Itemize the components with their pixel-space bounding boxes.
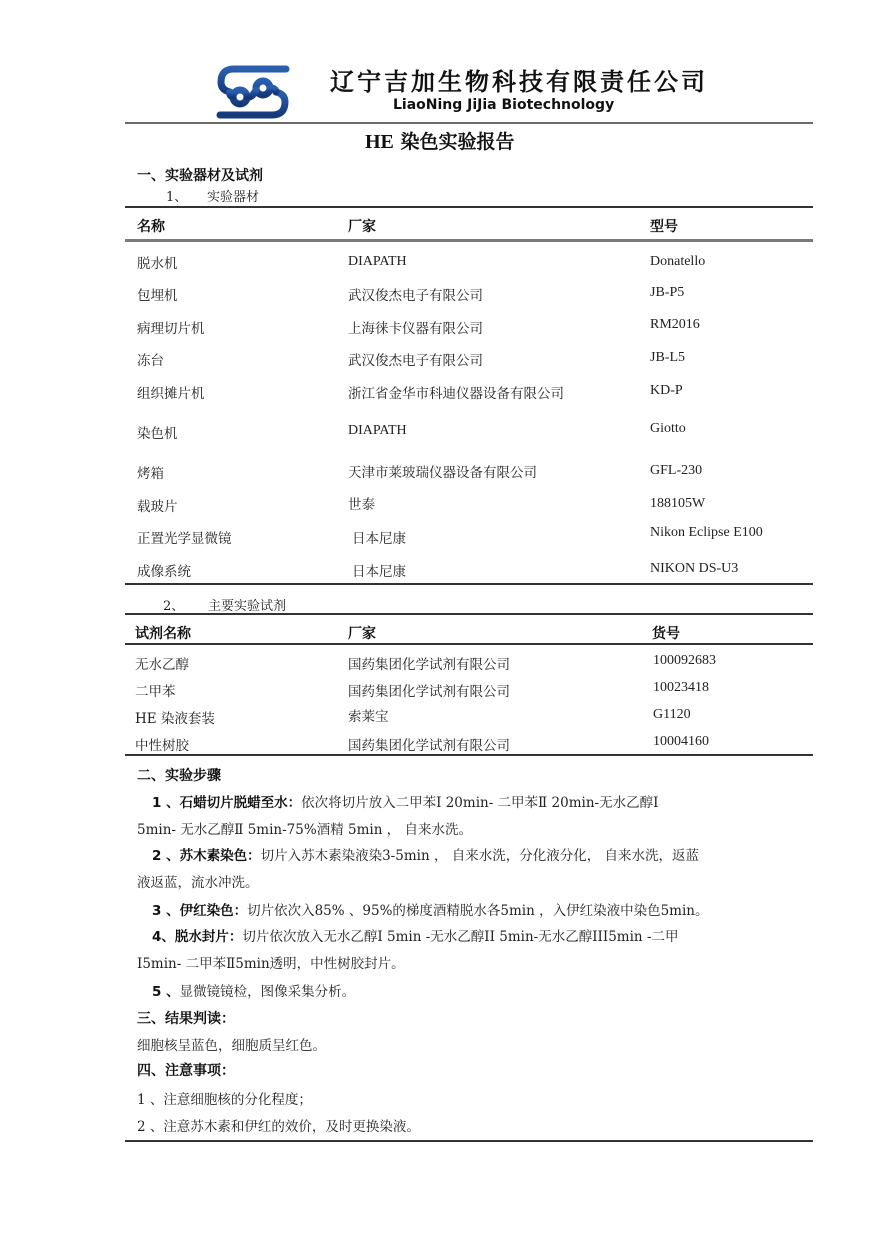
reagent-maker: 国药集团化学试剂有限公司	[348, 653, 510, 673]
table-top-rule	[125, 613, 813, 615]
reagent-name: HE 染液套装	[135, 707, 215, 727]
equipment-model: 188105W	[650, 496, 705, 512]
column-header-maker: 厂家	[348, 216, 376, 236]
step-text: 切片依次放入无水乙醇I 5min -无水乙醇II 5min-无水乙醇III5mi…	[242, 929, 678, 945]
step-text: 切片入苏木素染液染3-5min ， 自来水洗，分化液分化， 自来水洗，返蓝	[261, 848, 699, 864]
table-top-rule	[125, 206, 813, 208]
note-item: 1 、注意细胞核的分化程度；	[137, 1088, 312, 1108]
equipment-maker: 武汉俊杰电子有限公司	[348, 284, 483, 304]
column-header-maker: 厂家	[348, 623, 376, 643]
equipment-model: RM2016	[650, 317, 700, 333]
equipment-maker: DIAPATH	[348, 254, 407, 270]
equipment-model: Donatello	[650, 254, 705, 270]
equipment-model: JB-L5	[650, 350, 685, 366]
title-cn: 染色实验报告	[401, 131, 515, 153]
equipment-name: 脱水机	[137, 252, 178, 272]
reagent-code: 100092683	[653, 653, 716, 669]
footer-rule	[125, 1140, 813, 1142]
column-header-name: 名称	[137, 216, 165, 236]
page-title: HE 染色实验报告	[365, 127, 515, 154]
step-text: 依次将切片放入二甲苯Ⅰ 20min- 二甲苯Ⅱ 20min-无水乙醇Ⅰ	[301, 795, 658, 811]
reagent-name: 二甲苯	[135, 680, 176, 700]
reagent-code: G1120	[653, 707, 691, 723]
header-divider	[125, 122, 813, 124]
equipment-name: 包埋机	[137, 284, 178, 304]
note-item: 2 、注意苏木素和伊红的效价，及时更换染液。	[137, 1115, 420, 1135]
step-label: 2 、苏木素染色：	[152, 848, 261, 864]
equipment-name: 病理切片机	[137, 317, 205, 337]
table-header-rule	[125, 239, 813, 242]
table-bottom-rule	[125, 583, 813, 585]
step-label: 1 、石蜡切片脱蜡至水：	[152, 795, 301, 811]
reagent-maker: 国药集团化学试剂有限公司	[348, 734, 510, 754]
step-1: 1 、石蜡切片脱蜡至水：依次将切片放入二甲苯Ⅰ 20min- 二甲苯Ⅱ 20mi…	[152, 791, 658, 811]
step-text: 显微镜镜检，图像采集分析。	[180, 984, 356, 1000]
equipment-maker: 浙江省金华市科迪仪器设备有限公司	[348, 382, 564, 402]
subsection-number: 2、	[163, 595, 184, 614]
equipment-maker: 上海徕卡仪器有限公司	[348, 317, 483, 337]
reagent-maker: 索莱宝	[348, 705, 389, 725]
reagent-code: 10004160	[653, 734, 709, 750]
table-bottom-rule	[125, 754, 813, 756]
company-name-cn: 辽宁吉加生物科技有限责任公司	[330, 62, 708, 97]
equipment-model: GFL-230	[650, 463, 702, 479]
equipment-model: KD-P	[650, 383, 683, 399]
equipment-maker: 武汉俊杰电子有限公司	[348, 349, 483, 369]
equipment-model: NIKON DS-U3	[650, 561, 738, 577]
equipment-name: 染色机	[137, 422, 178, 442]
table-header-rule	[125, 643, 813, 645]
reagent-maker: 国药集团化学试剂有限公司	[348, 680, 510, 700]
step-2: 2 、苏木素染色：切片入苏木素染液染3-5min ， 自来水洗，分化液分化， 自…	[152, 844, 699, 864]
equipment-name: 正置光学显微镜	[137, 527, 232, 547]
step-4: 4、脱水封片：切片依次放入无水乙醇I 5min -无水乙醇II 5min-无水乙…	[152, 925, 678, 945]
step-text: 切片依次入85% 、95%的梯度酒精脱水各5min ，入伊红染液中染色5min。	[247, 903, 708, 919]
step-3: 3 、伊红染色：切片依次入85% 、95%的梯度酒精脱水各5min ，入伊红染液…	[152, 899, 709, 919]
equipment-maker: DIAPATH	[348, 423, 407, 439]
subsection-label-reagents: 主要实验试剂	[208, 595, 286, 614]
company-name-en: LiaoNing JiJia Biotechnology	[393, 97, 614, 113]
section-heading-notes: 四、注意事项：	[137, 1060, 235, 1080]
step-1-continued: 5min- 无水乙醇Ⅱ 5min-75%酒精 5min ， 自来水洗。	[137, 818, 472, 838]
equipment-name: 成像系统	[137, 560, 191, 580]
subsection-label-equipment: 实验器材	[207, 186, 259, 205]
equipment-maker: 日本尼康	[352, 527, 406, 547]
equipment-name: 冻台	[137, 349, 164, 369]
equipment-model: Giotto	[650, 421, 686, 437]
column-header-code: 货号	[652, 623, 680, 643]
equipment-name: 载玻片	[137, 495, 178, 515]
step-label: 5 、	[152, 984, 180, 1000]
section-heading-materials: 一、实验器材及试剂	[137, 165, 263, 185]
reagent-code: 10023418	[653, 680, 709, 696]
step-4-continued: Ⅰ5min- 二甲苯Ⅱ5min透明，中性树胶封片。	[137, 952, 405, 972]
equipment-model: Nikon Eclipse E100	[650, 525, 763, 541]
subsection-number: 1、	[166, 186, 187, 205]
title-en: HE	[365, 131, 394, 153]
step-5: 5 、显微镜镜检，图像采集分析。	[152, 980, 355, 1000]
step-label: 3 、伊红染色：	[152, 903, 247, 919]
reagent-name: 无水乙醇	[135, 653, 189, 673]
equipment-model: JB-P5	[650, 285, 684, 301]
step-label: 4、脱水封片：	[152, 929, 242, 945]
step-2-continued: 液返蓝，流水冲洗。	[137, 871, 259, 891]
section-heading-results: 三、结果判读：	[137, 1008, 235, 1028]
equipment-name: 组织摊片机	[137, 382, 205, 402]
jijia-logo-icon	[216, 64, 290, 120]
results-text: 细胞核呈蓝色，细胞质呈红色。	[137, 1034, 326, 1054]
equipment-name: 烤箱	[137, 462, 164, 482]
equipment-maker: 天津市莱玻瑞仪器设备有限公司	[348, 461, 537, 481]
equipment-maker: 日本尼康	[352, 560, 406, 580]
reagent-name: 中性树胶	[135, 734, 189, 754]
section-heading-steps: 二、实验步骤	[137, 765, 221, 785]
column-header-reagent-name: 试剂名称	[135, 623, 191, 643]
column-header-model: 型号	[650, 216, 678, 236]
equipment-maker: 世泰	[348, 493, 375, 513]
